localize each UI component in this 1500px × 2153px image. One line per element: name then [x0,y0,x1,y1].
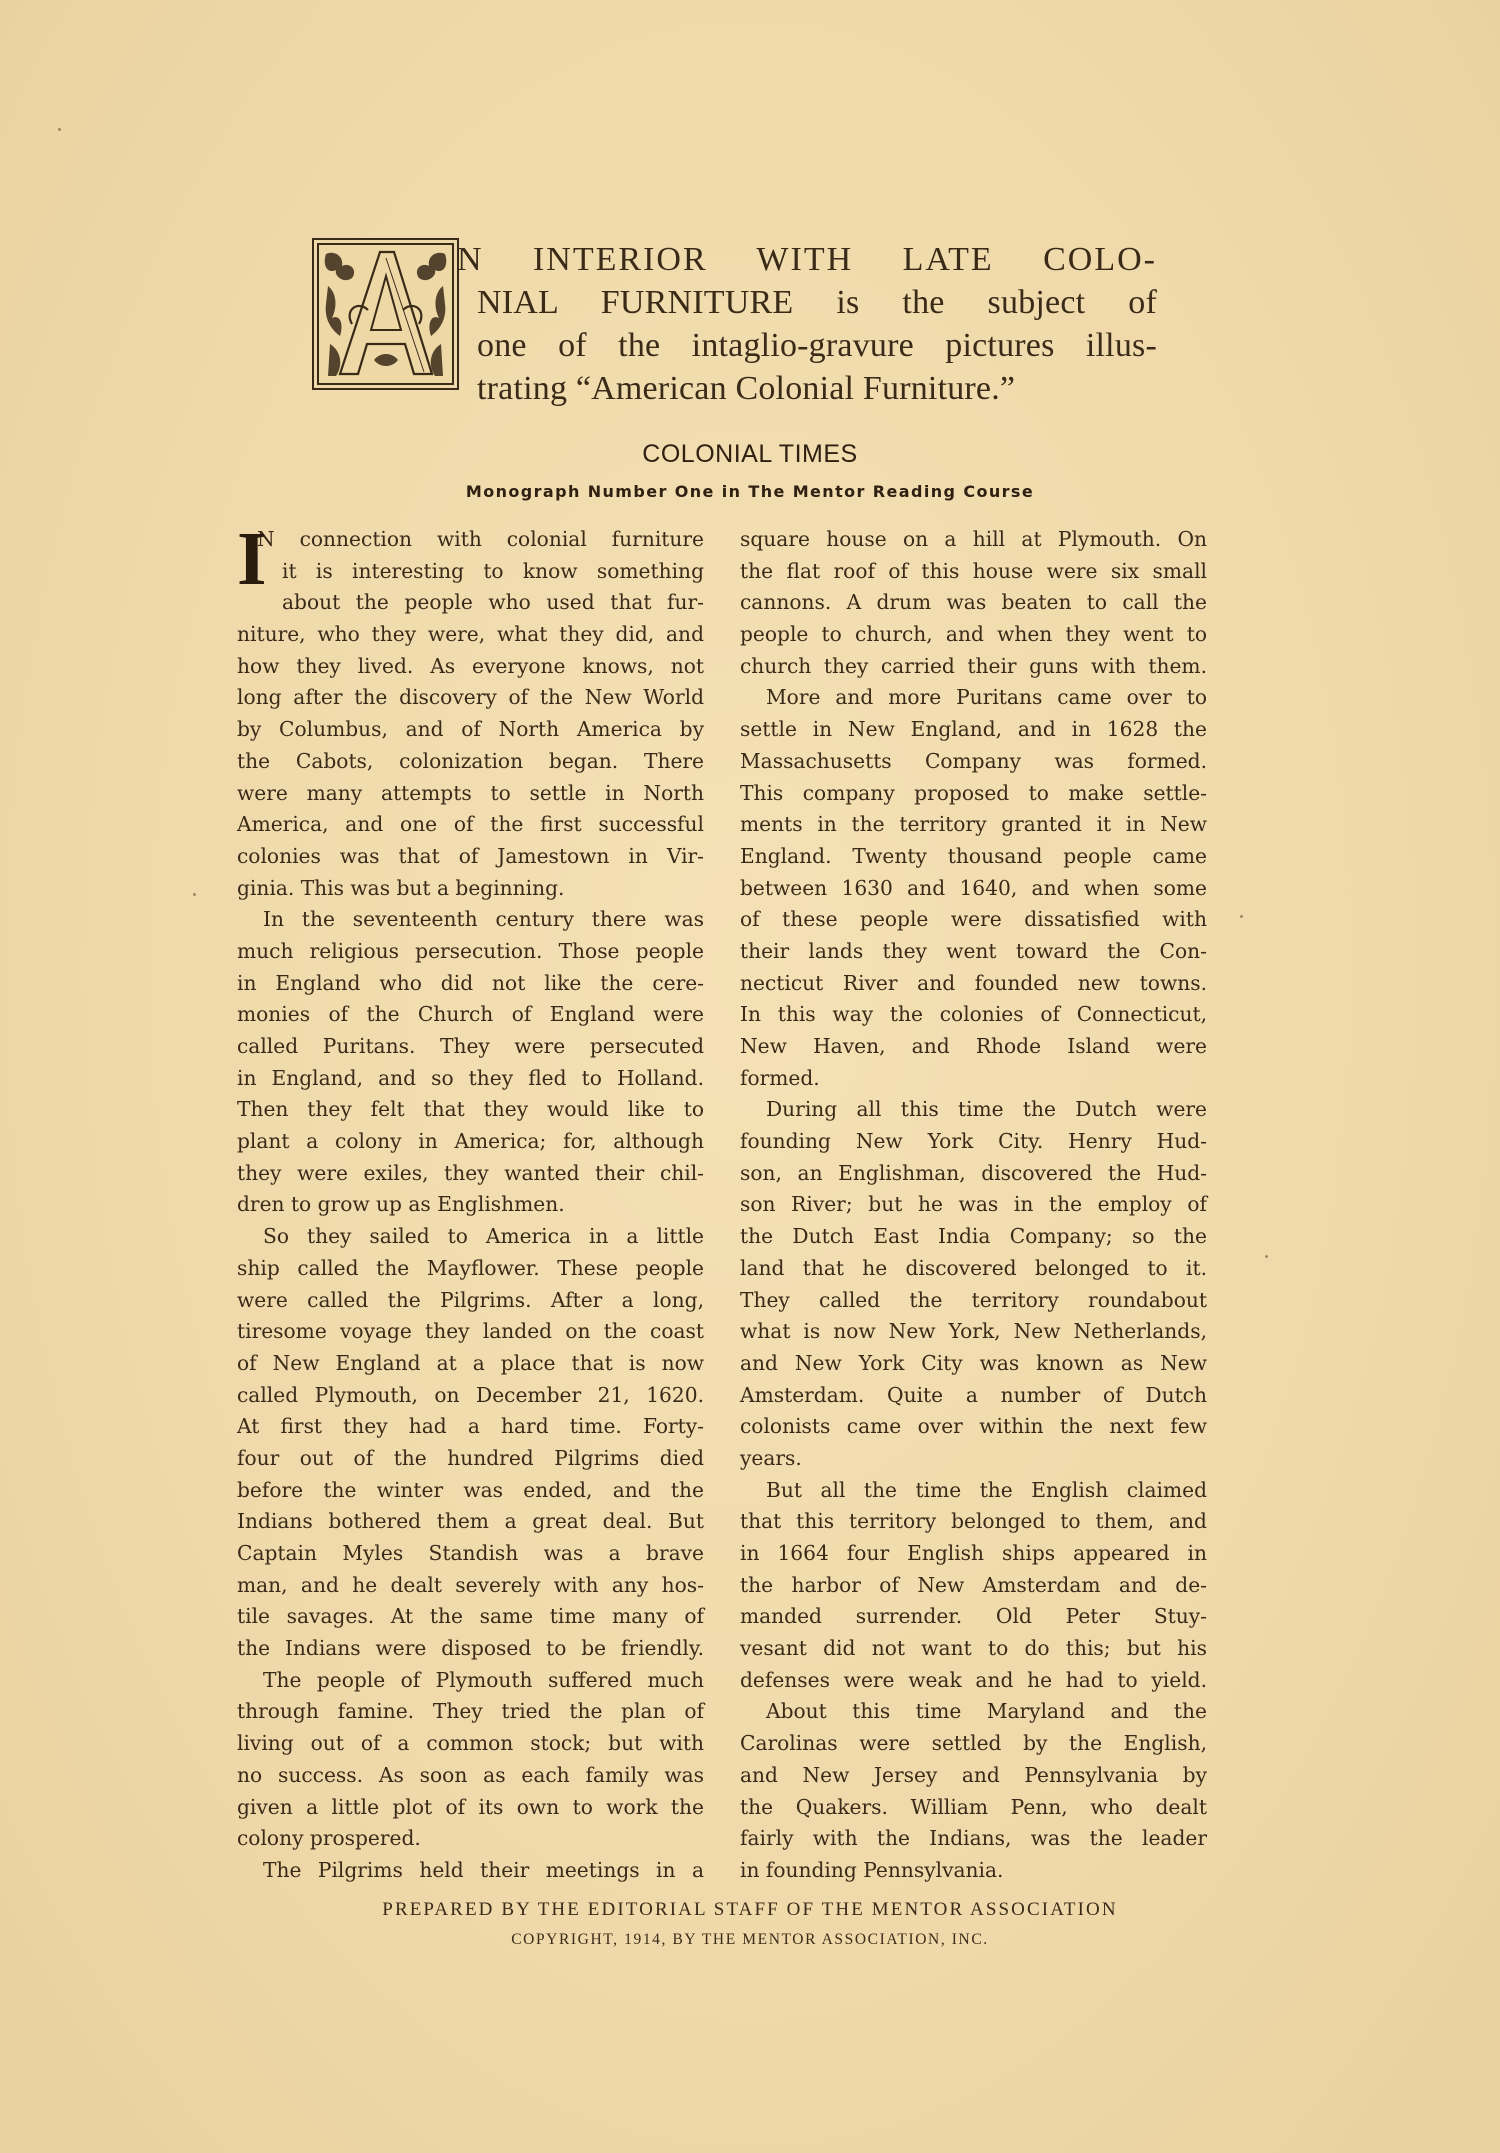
text-line: founding New York City. Henry Hud- [740,1126,1207,1158]
text-line: necticut River and founded new towns. [740,968,1207,1000]
text-line: About this time Maryland and the [740,1696,1207,1728]
text-line: vesant did not want to do this; but his [740,1633,1207,1665]
text-line: church they carried their guns with them… [740,651,1207,683]
text-line: monies of the Church of England were [237,999,704,1031]
text-line: living out of a common stock; but with [237,1728,704,1760]
text-line: how they lived. As everyone knows, not [237,651,704,683]
intro-line: N INTERIOR WITH LATE COLO- [457,238,1157,281]
text-line: The people of Plymouth suffered much [237,1665,704,1697]
text-line: the Quakers. William Penn, who dealt [740,1792,1207,1824]
intro-text: N INTERIOR WITH LATE COLO- NIAL FURNITUR… [477,238,1157,410]
text-line: During all this time the Dutch were [740,1094,1207,1126]
text-line: between 1630 and 1640, and when some [740,873,1207,905]
text-line: At first they had a hard time. Forty- [237,1411,704,1443]
text-line: the flat roof of this house were six sma… [740,556,1207,588]
page-subtitle: Monograph Number One in The Mentor Readi… [0,482,1500,501]
text-line: and New Jersey and Pennsylvania by [740,1760,1207,1792]
intro-paragraph: N INTERIOR WITH LATE COLO- NIAL FURNITUR… [312,238,1142,398]
text-line: colonies was that of Jamestown in Vir- [237,841,704,873]
text-line: son River; but he was in the employ of [740,1189,1207,1221]
text-line: fairly with the Indians, was the leader [740,1823,1207,1855]
text-line: Captain Myles Standish was a brave [237,1538,704,1570]
text-line: in founding Pennsylvania. [740,1855,1207,1887]
text-line: colonists came over within the next few [740,1411,1207,1443]
text-line: were called the Pilgrims. After a long, [237,1285,704,1317]
text-line: son, an Englishman, discovered the Hud- [740,1158,1207,1190]
text-line: More and more Puritans came over to [740,682,1207,714]
text-line: in 1664 four English ships appeared in [740,1538,1207,1570]
text-line: settle in New England, and in 1628 the [740,714,1207,746]
text-line: plant a colony in America; for, although [237,1126,704,1158]
left-column: I N connection with colonial furniture i… [237,524,704,1887]
text-line: cannons. A drum was beaten to call the [740,587,1207,619]
text-line: formed. [740,1063,1207,1095]
text-line: They called the territory roundabout [740,1285,1207,1317]
document-page: N INTERIOR WITH LATE COLO- NIAL FURNITUR… [0,0,1500,2153]
paper-speck [1240,915,1243,918]
text-line: before the winter was ended, and the [237,1475,704,1507]
paper-speck [193,893,196,896]
text-line: no success. As soon as each family was [237,1760,704,1792]
text-line: Carolinas were settled by the English, [740,1728,1207,1760]
text-line: England. Twenty thousand people came [740,841,1207,873]
text-line: people to church, and when they went to [740,619,1207,651]
text-line: they were exiles, they wanted their chil… [237,1158,704,1190]
text-line: ginia. This was but a beginning. [237,873,704,905]
paper-speck [1265,1255,1268,1258]
text-line: the Indians were disposed to be friendly… [237,1633,704,1665]
text-line: given a little plot of its own to work t… [237,1792,704,1824]
text-line: their lands they went toward the Con- [740,936,1207,968]
text-line: So they sailed to America in a little [237,1221,704,1253]
intro-line: NIAL FURNITURE is the subject of [477,281,1157,324]
text-line: niture, who they were, what they did, an… [237,619,704,651]
text-line: much religious persecution. Those people [237,936,704,968]
page-title: COLONIAL TIMES [0,440,1500,469]
intro-line: one of the intaglio-gravure pictures ill… [477,324,1157,367]
text-line: Amsterdam. Quite a number of Dutch [740,1380,1207,1412]
ornamental-dropcap-a [312,238,459,390]
text-line: that this territory belonged to them, an… [740,1506,1207,1538]
text-line: about the people who used that fur- [237,587,704,619]
right-column: square house on a hill at Plymouth. On t… [740,524,1207,1887]
text-line: what is now New York, New Netherlands, [740,1316,1207,1348]
text-line: of New England at a place that is now [237,1348,704,1380]
text-line: were many attempts to settle in North [237,778,704,810]
body-dropcap-i: I [237,528,267,590]
text-line: tiresome voyage they landed on the coast [237,1316,704,1348]
text-line: Indians bothered them a great deal. But [237,1506,704,1538]
text-line: four out of the hundred Pilgrims died [237,1443,704,1475]
text-line: ments in the territory granted it in New [740,809,1207,841]
text-line: Massachusetts Company was formed. [740,746,1207,778]
copyright-notice: COPYRIGHT, 1914, BY THE MENTOR ASSOCIATI… [0,1931,1500,1949]
text-line: and New York City was known as New [740,1348,1207,1380]
text-line: In this way the colonies of Connecticut, [740,999,1207,1031]
text-line: colony prospered. [237,1823,704,1855]
text-line: of these people were dissatisfied with [740,904,1207,936]
text-line: This company proposed to make settle- [740,778,1207,810]
text-line: defenses were weak and he had to yield. [740,1665,1207,1697]
paper-speck [58,128,61,131]
text-line: in England, and so they fled to Holland. [237,1063,704,1095]
text-line: man, and he dealt severely with any hos- [237,1570,704,1602]
text-line: by Columbus, and of North America by [237,714,704,746]
text-line: through famine. They tried the plan of [237,1696,704,1728]
text-line: land that he discovered belonged to it. [740,1253,1207,1285]
text-line: the Cabots, colonization began. There [237,746,704,778]
text-line: in England who did not like the cere- [237,968,704,1000]
text-line: America, and one of the first successful [237,809,704,841]
text-line: the Dutch East India Company; so the [740,1221,1207,1253]
text-line: manded surrender. Old Peter Stuy- [740,1601,1207,1633]
text-line: N connection with colonial furniture [237,524,704,556]
text-line: But all the time the English claimed [740,1475,1207,1507]
text-line: square house on a hill at Plymouth. On [740,524,1207,556]
ornamental-letter-a-icon [314,240,457,388]
text-line: In the seventeenth century there was [237,904,704,936]
text-line: called Plymouth, on December 21, 1620. [237,1380,704,1412]
text-line: dren to grow up as Englishmen. [237,1189,704,1221]
text-line: The Pilgrims held their meetings in a [237,1855,704,1887]
intro-line: trating “American Colonial Furniture.” [477,367,1157,410]
text-line: years. [740,1443,1207,1475]
text-line: ship called the Mayflower. These people [237,1253,704,1285]
text-line: the harbor of New Amsterdam and de- [740,1570,1207,1602]
text-line: Then they felt that they would like to [237,1094,704,1126]
text-line: New Haven, and Rhode Island were [740,1031,1207,1063]
prepared-by-credit: PREPARED BY THE EDITORIAL STAFF OF THE M… [0,1899,1500,1921]
text-line: called Puritans. They were persecuted [237,1031,704,1063]
text-line: it is interesting to know something [237,556,704,588]
text-line: tile savages. At the same time many of [237,1601,704,1633]
text-line: long after the discovery of the New Worl… [237,682,704,714]
